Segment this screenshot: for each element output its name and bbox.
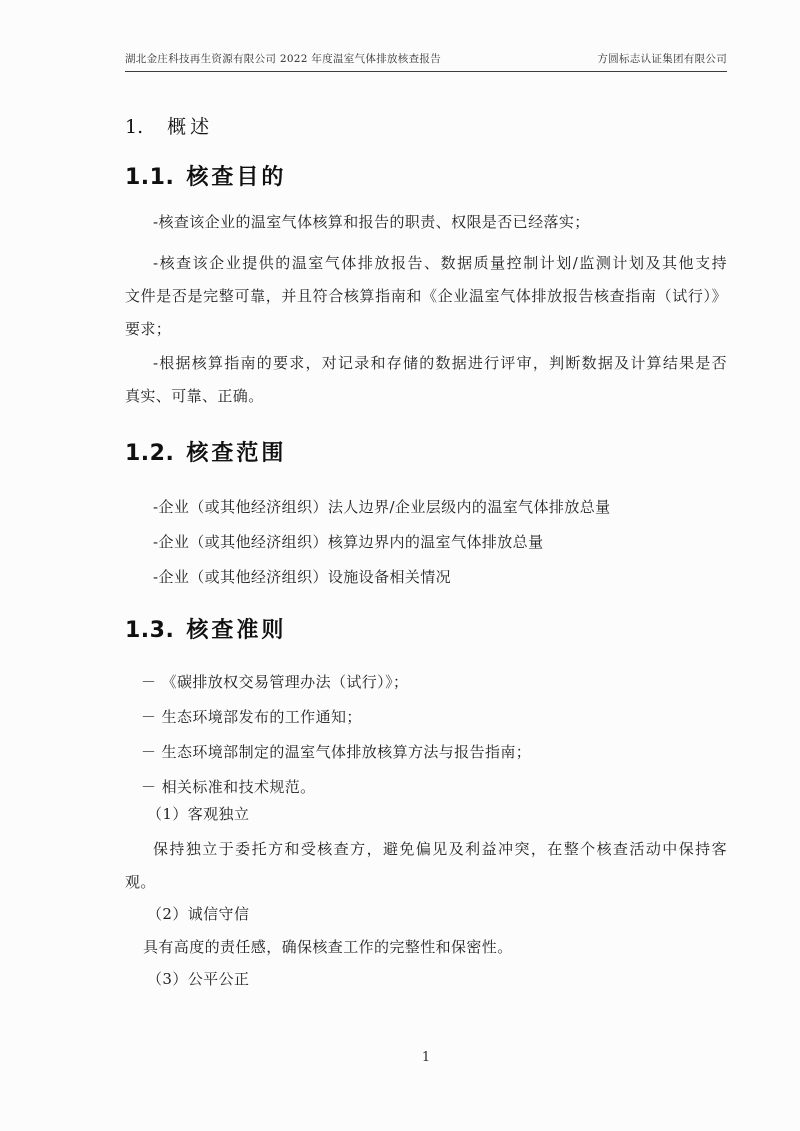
paragraph-line: -根据核算指南的要求，对记录和存储的数据进行评审，判断数据及计算结果是否: [125, 347, 727, 380]
paragraph-line: 真实、可靠、正确。: [125, 380, 727, 413]
principle-objectivity-label: （1）客观独立: [125, 798, 727, 831]
heading-title: 核查准则: [186, 618, 286, 643]
paragraph-line: 要求；: [125, 313, 727, 346]
paragraph-line: 文件是否是完整可靠，并且符合核算指南和《企业温室气体排放报告核查指南（试行）》: [125, 280, 727, 313]
list-item: -企业（或其他经济组织）法人边界/企业层级内的温室气体排放总量: [125, 490, 727, 525]
heading-title: 核查目的: [186, 165, 286, 190]
paragraph-line: 具有高度的责任感，确保核查工作的完整性和保密性。: [125, 931, 727, 964]
principle-fairness-label: （3）公平公正: [125, 963, 727, 996]
list-item: － 生态环境部制定的温室气体排放核算方法与报告指南；: [125, 735, 727, 770]
list-item: － 《碳排放权交易管理办法（试行）》；: [125, 665, 727, 700]
scope-list: -企业（或其他经济组织）法人边界/企业层级内的温室气体排放总量 -企业（或其他经…: [125, 490, 727, 595]
paragraph: -根据核算指南的要求，对记录和存储的数据进行评审，判断数据及计算结果是否 真实、…: [125, 347, 727, 413]
heading-number: 1.1.: [125, 165, 174, 190]
paragraph-line: 观。: [125, 866, 727, 899]
list-item: － 生态环境部发布的工作通知；: [125, 700, 727, 735]
header-left-title: 湖北金庄科技再生资源有限公司 2022 年度温室气体排放核查报告: [125, 51, 441, 66]
list-item: -企业（或其他经济组织）核算边界内的温室气体排放总量: [125, 525, 727, 560]
heading-verification-purpose: 1.1.核查目的: [125, 160, 286, 191]
paragraph-line: -核查该企业的温室气体核算和报告的职责、权限是否已经落实；: [125, 206, 727, 239]
heading-title: 概述: [167, 116, 213, 138]
heading-overview: 1.概述: [125, 112, 213, 139]
principle-objectivity-body: 保持独立于委托方和受核查方，避免偏见及利益冲突，在整个核查活动中保持客 观。: [125, 833, 727, 899]
list-item: -企业（或其他经济组织）设施设备相关情况: [125, 560, 727, 595]
criteria-list: － 《碳排放权交易管理办法（试行）》； － 生态环境部发布的工作通知； － 生态…: [125, 665, 727, 805]
heading-number: 1.2.: [125, 441, 174, 466]
document-page: 湖北金庄科技再生资源有限公司 2022 年度温室气体排放核查报告 方圆标志认证集…: [0, 0, 800, 1131]
heading-verification-scope: 1.2.核查范围: [125, 436, 286, 467]
paragraph-line: 保持独立于委托方和受核查方，避免偏见及利益冲突，在整个核查活动中保持客: [125, 833, 727, 866]
page-header: 湖北金庄科技再生资源有限公司 2022 年度温室气体排放核查报告 方圆标志认证集…: [125, 51, 727, 72]
principle-integrity-body: 具有高度的责任感，确保核查工作的完整性和保密性。: [125, 931, 727, 964]
principle-integrity-label: （2）诚信守信: [125, 898, 727, 931]
heading-number: 1.3.: [125, 618, 174, 643]
heading-verification-criteria: 1.3.核查准则: [125, 613, 286, 644]
header-right-company: 方圆标志认证集团有限公司: [597, 51, 727, 66]
paragraph: -核查该企业的温室气体核算和报告的职责、权限是否已经落实；: [125, 206, 727, 239]
page-number: 1: [125, 1050, 727, 1065]
paragraph-line: -核查该企业提供的温室气体排放报告、数据质量控制计划/监测计划及其他支持: [125, 247, 727, 280]
heading-number: 1.: [125, 116, 143, 138]
paragraph: -核查该企业提供的温室气体排放报告、数据质量控制计划/监测计划及其他支持 文件是…: [125, 247, 727, 346]
heading-title: 核查范围: [186, 441, 286, 466]
